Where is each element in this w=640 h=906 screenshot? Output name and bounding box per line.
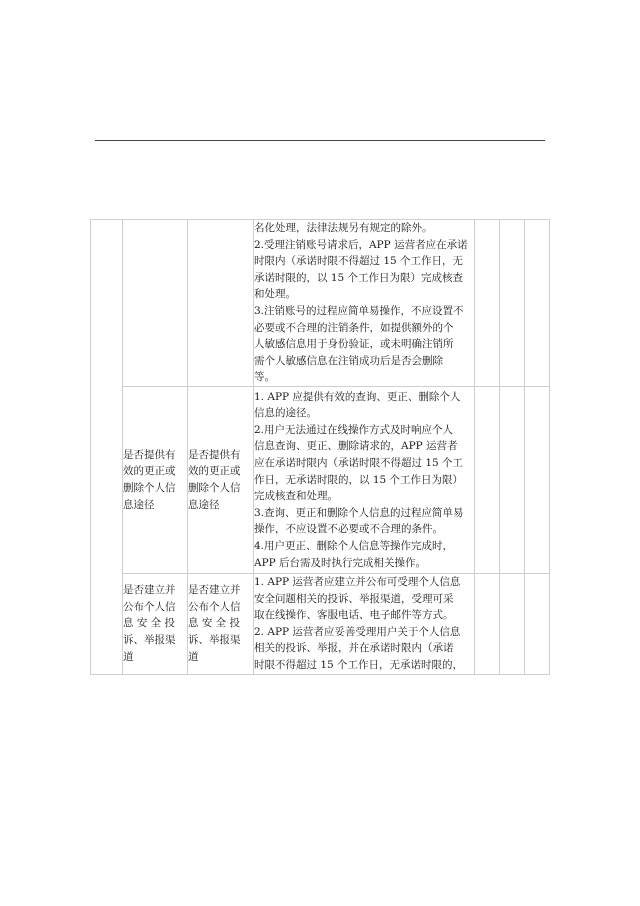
requirement-line: 和处理。 (254, 286, 474, 303)
requirement-line: 作日，无承诺时限的，以 15 个工作日为限） (254, 472, 474, 489)
requirement-cell: 名化处理，法律法规另有规定的除外。 2.受理注销账号请求后，APP 运营者应在承… (254, 220, 475, 387)
requirement-line: 名化处理，法律法规另有规定的除外。 (254, 220, 474, 237)
check-cell (525, 220, 550, 387)
requirement-line: 1. APP 运营者应建立并公布可受理个人信息 (254, 574, 474, 591)
item-line: 息 安 全 投 (123, 615, 187, 632)
item-line: 诉、举报渠 (123, 632, 187, 649)
indicator-line: 效的更正或 (188, 463, 253, 480)
requirement-line: 时限内（承诺时限不得超过 15 个工作日，无 (254, 253, 474, 270)
requirement-line: 2. APP 运营者应妥善受理用户关于个人信息 (254, 624, 474, 641)
category-cell (91, 220, 123, 675)
header-rule (95, 140, 545, 141)
check-cell (500, 386, 525, 573)
indicator-line: 诉、举报渠 (188, 632, 253, 649)
requirement-line: 取在线操作、客服电话、电子邮件等方式。 (254, 607, 474, 624)
requirement-cell: 1. APP 应提供有效的查询、更正、删除个人 信息的途径。 2.用户无法通过在… (254, 386, 475, 573)
requirement-line: 时限不得超过 15 个工作日，无承诺时限的， (254, 657, 474, 674)
check-cell (475, 573, 500, 674)
requirement-line: 必要或不合理的注销条件，如提供额外的个 (254, 320, 474, 337)
check-cell (475, 220, 500, 387)
requirement-cell: 1. APP 运营者应建立并公布可受理个人信息 安全问题相关的投诉、举报渠道，受… (254, 573, 475, 674)
item-line: 息途径 (123, 497, 187, 514)
item-line: 道 (123, 649, 187, 666)
requirement-line: 完成核查和处理。 (254, 488, 474, 505)
table-row: 是否建立并 公布个人信 息 安 全 投 诉、举报渠 道 是否建立并 公布个人信 … (91, 573, 550, 674)
requirement-line: 4.用户更正、删除个人信息等操作完成时， (254, 538, 474, 555)
indicator-line: 是否建立并 (188, 582, 253, 599)
requirement-line: 1. APP 应提供有效的查询、更正、删除个人 (254, 389, 474, 406)
table-row: 是否提供有 效的更正或 删除个人信 息途径 是否提供有 效的更正或 删除个人信 … (91, 386, 550, 573)
item-line: 效的更正或 (123, 463, 187, 480)
requirement-line: 信息查询、更正、删除请求的，APP 运营者 (254, 438, 474, 455)
indicator-line: 删除个人信 (188, 480, 253, 497)
table-row: 名化处理，法律法规另有规定的除外。 2.受理注销账号请求后，APP 运营者应在承… (91, 220, 550, 387)
check-cell (500, 220, 525, 387)
requirement-line: 2.受理注销账号请求后，APP 运营者应在承诺 (254, 237, 474, 254)
indicator-line: 息 安 全 投 (188, 615, 253, 632)
indicator-line: 是否提供有 (188, 447, 253, 464)
assessment-table: 名化处理，法律法规另有规定的除外。 2.受理注销账号请求后，APP 运营者应在承… (90, 219, 550, 675)
indicator-cell: 是否建立并 公布个人信 息 安 全 投 诉、举报渠 道 (188, 573, 254, 674)
item-line: 删除个人信 (123, 480, 187, 497)
requirement-line: 需个人敏感信息在注销成功后是否会删除 (254, 353, 474, 370)
requirement-line: 承诺时限的，以 15 个工作日为限）完成核查 (254, 270, 474, 287)
requirement-line: APP 后台需及时执行完成相关操作。 (254, 555, 474, 572)
requirement-line: 2.用户无法通过在线操作方式及时响应个人 (254, 422, 474, 439)
item-line: 是否建立并 (123, 582, 187, 599)
requirement-line: 3.注销账号的过程应简单易操作，不应设置不 (254, 303, 474, 320)
item-cell: 是否建立并 公布个人信 息 安 全 投 诉、举报渠 道 (123, 573, 188, 674)
item-line: 是否提供有 (123, 447, 187, 464)
indicator-cell (188, 220, 254, 387)
indicator-cell: 是否提供有 效的更正或 删除个人信 息途径 (188, 386, 254, 573)
requirement-line: 3.查询、更正和删除个人信息的过程应简单易 (254, 505, 474, 522)
requirement-line: 安全问题相关的投诉、举报渠道，受理可采 (254, 591, 474, 608)
requirement-line: 应在承诺时限内（承诺时限不得超过 15 个工 (254, 455, 474, 472)
indicator-line: 息途径 (188, 497, 253, 514)
item-cell (123, 220, 188, 387)
check-cell (475, 386, 500, 573)
item-cell: 是否提供有 效的更正或 删除个人信 息途径 (123, 386, 188, 573)
indicator-line: 公布个人信 (188, 599, 253, 616)
check-cell (500, 573, 525, 674)
indicator-line: 道 (188, 649, 253, 666)
check-cell (525, 573, 550, 674)
requirement-line: 人敏感信息用于身份验证，或未明确注销所 (254, 336, 474, 353)
check-cell (525, 386, 550, 573)
item-line: 公布个人信 (123, 599, 187, 616)
requirement-line: 相关的投诉、举报，并在承诺时限内（承诺 (254, 640, 474, 657)
requirement-line: 等。 (254, 369, 474, 386)
requirement-line: 操作，不应设置不必要或不合理的条件。 (254, 521, 474, 538)
requirement-line: 信息的途径。 (254, 405, 474, 422)
